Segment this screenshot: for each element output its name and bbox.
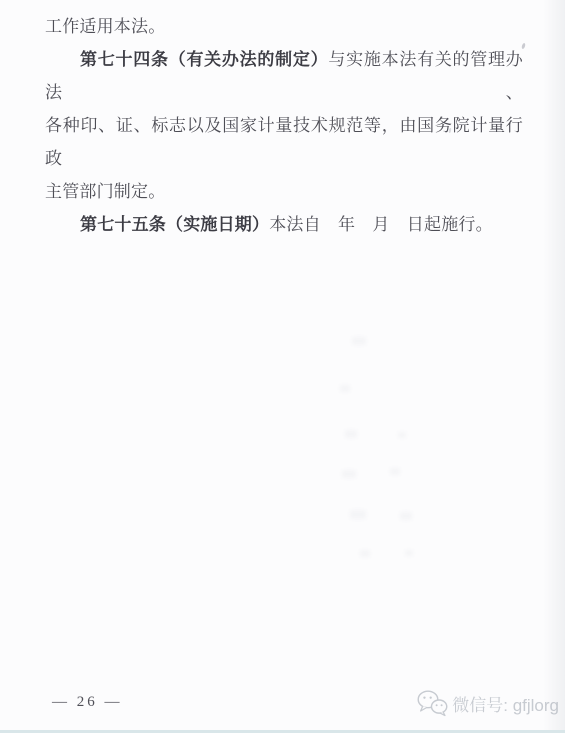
article-75-heading: 第七十五条（实施日期） [80,215,269,234]
document-body: 工作适用本法。 第七十四条（有关办法的制定）与实施本法有关的管理办法、 各种印、… [45,10,523,241]
wechat-id-label: 微信号: gfjlorg [452,691,559,716]
article-74-line-2: 各种印、证、标志以及国家计量技术规范等，由国务院计量行政 [45,109,523,175]
page-edge-shadow [543,0,565,733]
article-75-text: 本法自 年 月 日起施行。 [269,215,493,234]
paragraph-continuation: 工作适用本法。 [45,10,523,43]
wechat-icon [416,689,448,717]
article-74-line-3: 主管部门制定。 [45,175,523,208]
scanned-document-page: 工作适用本法。 第七十四条（有关办法的制定）与实施本法有关的管理办法、 各种印、… [0,0,565,733]
page-number: — 26 — [52,694,123,711]
article-75-line: 第七十五条（实施日期）本法自 年 月 日起施行。 [45,208,523,241]
article-74-heading: 第七十四条（有关办法的制定） [80,50,328,69]
article-74-line-1: 第七十四条（有关办法的制定）与实施本法有关的管理办法、 [45,43,523,109]
wechat-watermark: 微信号: gfjlorg [416,689,559,717]
